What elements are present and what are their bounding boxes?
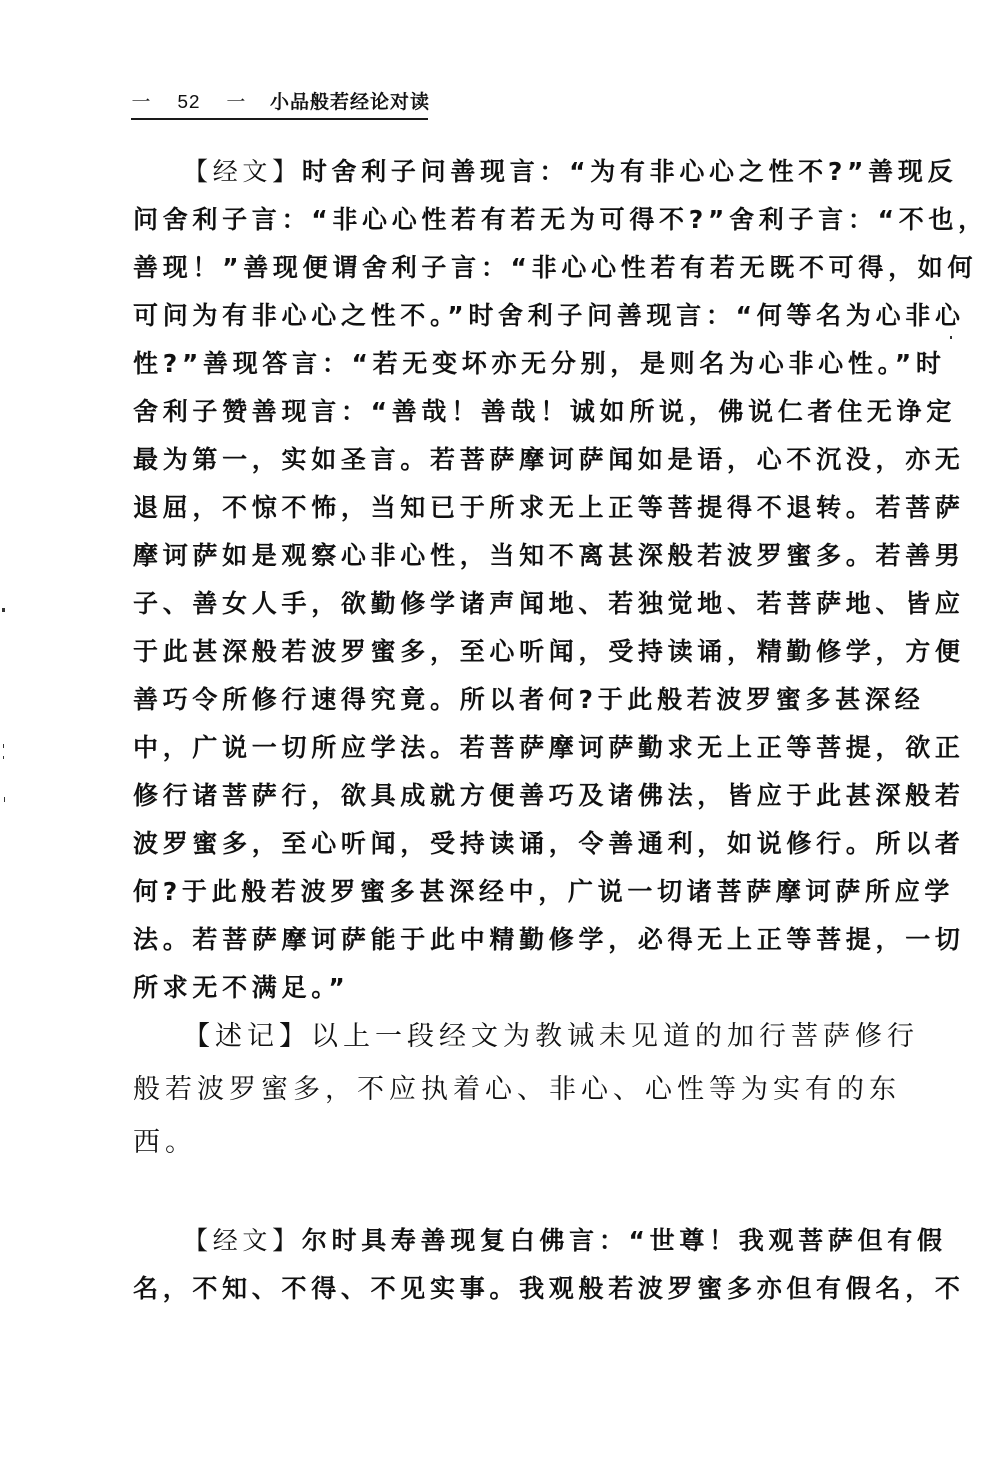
text-line: 善巧令所修行速得究竟。所以者何?于此般若波罗蜜多甚深经	[133, 676, 875, 724]
text-line: 摩诃萨如是观察心非心性，当知不离甚深般若波罗蜜多。若善男	[133, 532, 875, 580]
text-line: 善现！”善现便谓舍利子言：“非心心性若有若无既不可得，如何	[133, 244, 875, 292]
section-tag: 【述记】	[183, 1021, 311, 1052]
text-line: 波罗蜜多，至心听闻，受持读诵，令善通利，如说修行。所以者	[133, 820, 875, 868]
text-line: 般若波罗蜜多，不应执着心、非心、心性等为实有的东	[133, 1063, 875, 1116]
text-line: 名，不知、不得、不见实事。我观般若波罗蜜多亦但有假名，不	[133, 1265, 875, 1313]
text-line: 性?”善现答言：“若无变坏亦无分别，是则名为心非心性。”时	[133, 340, 875, 388]
scan-speck	[3, 744, 4, 748]
sutra-paragraph: 【经文】尔时具寿善现复白佛言：“世尊！我观菩萨但有假 名，不知、不得、不见实事。…	[133, 1217, 875, 1313]
text-line: 法。若菩萨摩诃萨能于此中精勤修学，必得无上正等菩提，一切	[133, 916, 875, 964]
text-line: 舍利子赞善现言：“善哉！善哉！诚如所说，佛说仁者住无诤定	[133, 388, 875, 436]
scan-speck	[4, 797, 5, 802]
scan-speck	[3, 756, 4, 759]
text-line: 何?于此般若波罗蜜多甚深经中，广说一切诸菩萨摩诃萨所应学	[133, 868, 875, 916]
text-line: 子、善女人手，欲勤修学诸声闻地、若独觉地、若菩萨地、皆应	[133, 580, 875, 628]
text-line: 所求无不满足。”	[133, 964, 875, 1012]
text-line: 退屈，不惊不怖，当知已于所求无上正等菩提得不退转。若菩萨	[133, 484, 875, 532]
scan-speck	[950, 336, 952, 339]
text-line: 【经文】尔时具寿善现复白佛言：“世尊！我观菩萨但有假	[133, 1217, 875, 1265]
text-line: 【述记】以上一段经文为教诫未见道的加行菩萨修行	[133, 1010, 875, 1063]
commentary-paragraph: 【述记】以上一段经文为教诫未见道的加行菩萨修行 般若波罗蜜多，不应执着心、非心、…	[133, 1010, 875, 1169]
text-line: 于此甚深般若波罗蜜多，至心听闻，受持读诵，精勤修学，方便	[133, 628, 875, 676]
sutra-paragraph: 【经文】时舍利子问善现言：“为有非心心之性不?”善现反 问舍利子言：“非心心性若…	[133, 148, 875, 1012]
text-line: 西。	[133, 1116, 875, 1169]
header-dash-right: 一	[226, 88, 246, 116]
header-dash-left: 一	[131, 88, 151, 116]
scan-speck	[2, 608, 5, 612]
text-line: 中，广说一切所应学法。若菩萨摩诃萨勤求无上正等菩提，欲正	[133, 724, 875, 772]
text-line: 最为第一，实如圣言。若菩萨摩诃萨闻如是语，心不沉没，亦无	[133, 436, 875, 484]
book-title: 小品般若经论对读	[270, 88, 430, 116]
text-line: 问舍利子言：“非心心性若有若无为可得不?”舍利子言：“不也，	[133, 196, 875, 244]
page-number: 52	[177, 89, 200, 117]
section-tag: 【经文】	[183, 1226, 302, 1255]
section-tag: 【经文】	[183, 157, 302, 186]
text-line: 可问为有非心心之性不。”时舍利子问善现言：“何等名为心非心	[133, 292, 875, 340]
running-header: 一 52 一 小品般若经论对读	[131, 88, 428, 120]
text-line: 修行诸菩萨行，欲具成就方便善巧及诸佛法，皆应于此甚深般若	[133, 772, 875, 820]
text-line: 【经文】时舍利子问善现言：“为有非心心之性不?”善现反	[133, 148, 875, 196]
